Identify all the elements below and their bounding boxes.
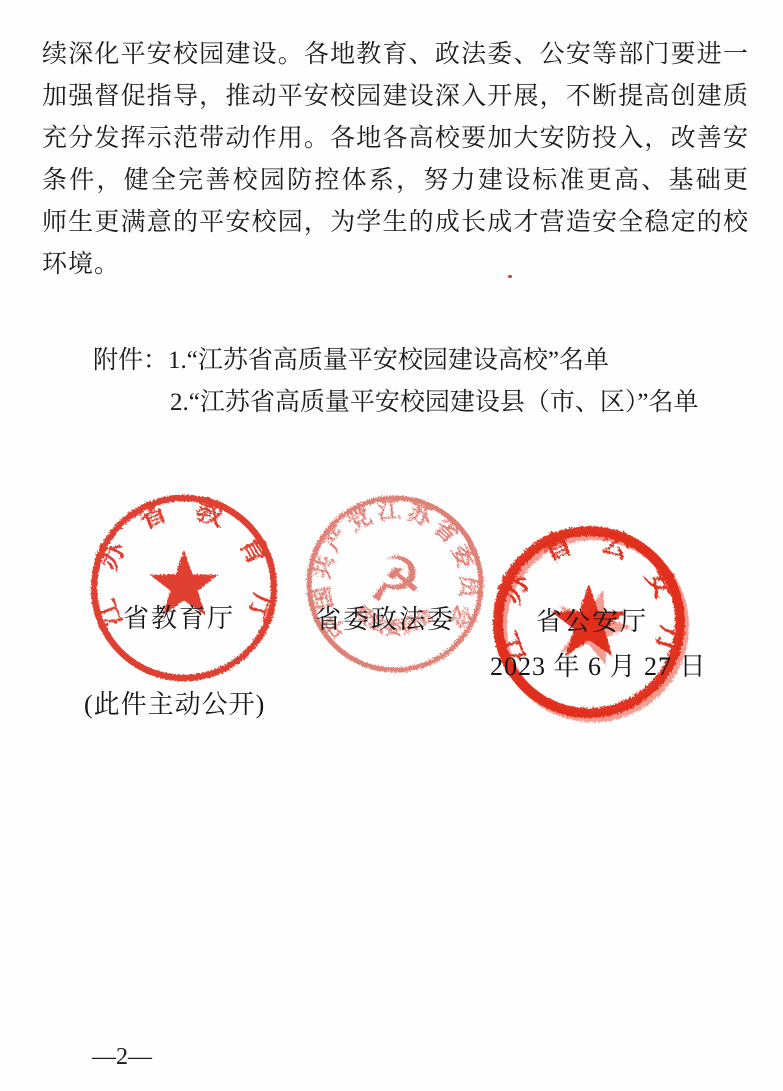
- document-page: 续深化平安校园建设。各地教育、政法委、公安等部门要进一步 加强督促指导，推动平安…: [0, 0, 783, 1091]
- education-dept-seal: 江苏省教育厅: [84, 488, 284, 688]
- body-line: 续深化平安校园建设。各地教育、政法委、公安等部门要进一步: [42, 34, 749, 76]
- body-line: 充分发挥示范带动作用。各地各高校要加大安防投入，改善安防: [42, 118, 749, 160]
- body-line: 加强督促指导，推动平安校园建设深入开展，不断提高创建质量，: [42, 76, 749, 118]
- attachment-list: 附件：1.“江苏省高质量平安校园建设高校”名单 2.“江苏省高质量平安校园建设县…: [93, 340, 713, 424]
- body-line: 环境。: [42, 244, 749, 286]
- signature-political-legal: 省委政法委: [315, 599, 455, 636]
- political-legal-committee-seal: 中国共产党江苏省委员会 政法委员会 ☭: [300, 489, 490, 679]
- body-line: 条件，健全完善校园防控体系，努力建设标准更高、基础更牢、: [42, 160, 749, 202]
- disclosure-note: (此件主动公开): [84, 684, 265, 721]
- body-paragraph: 续深化平安校园建设。各地教育、政法委、公安等部门要进一步 加强督促指导，推动平安…: [42, 34, 749, 286]
- body-line: 师生更满意的平安校园，为学生的成长成才营造安全稳定的校园: [42, 202, 749, 244]
- document-date: 2023 年 6 月 27 日: [490, 646, 707, 683]
- signature-public-security: 省公安厅: [536, 601, 648, 638]
- ink-speck: [508, 275, 512, 278]
- signature-education-dept: 省教育厅: [123, 598, 235, 635]
- page-number: —2—: [92, 1044, 152, 1071]
- attachment-item: 2.“江苏省高质量平安校园建设县（市、区）”名单: [93, 382, 713, 424]
- attachment-item: 附件：1.“江苏省高质量平安校园建设高校”名单: [93, 340, 713, 382]
